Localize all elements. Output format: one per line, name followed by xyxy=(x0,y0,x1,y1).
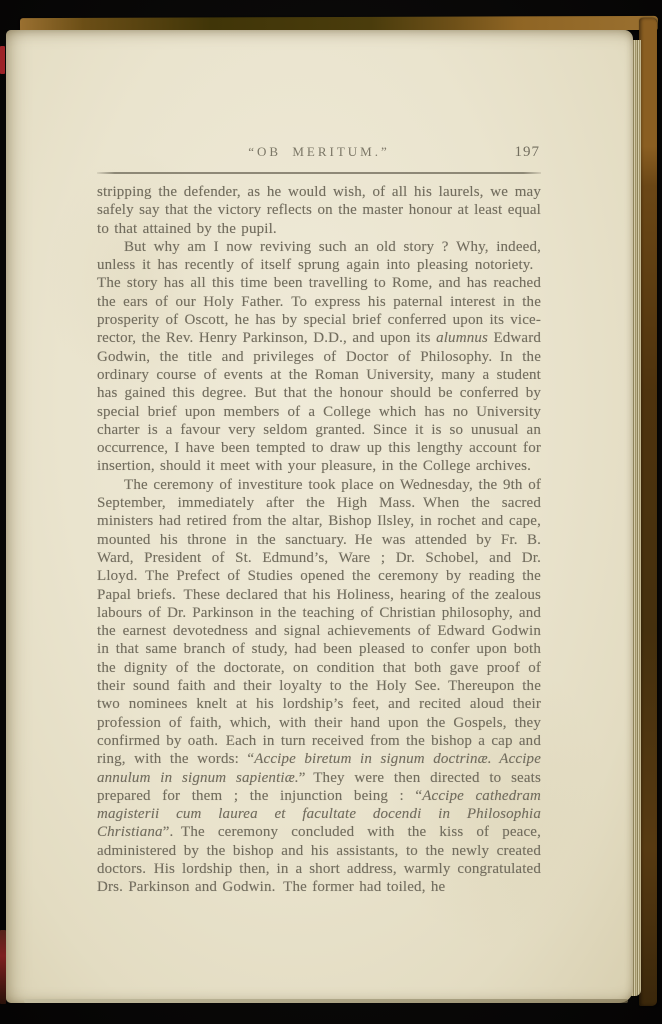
text-segment: The ceremony of investiture took place o… xyxy=(97,477,541,767)
headband-red-accent xyxy=(0,46,5,74)
paragraph: The ceremony of investiture took place o… xyxy=(97,476,541,897)
paragraph: stripping the defender, as he would wish… xyxy=(97,183,541,238)
body-text: stripping the defender, as he would wish… xyxy=(97,183,541,897)
paragraph: But why am I now reviving such an old st… xyxy=(97,238,541,476)
text-segment: ”. The ceremony concluded with the kiss … xyxy=(97,824,541,895)
header-rule xyxy=(97,172,541,174)
book-cover-right-edge xyxy=(639,18,657,1006)
latin-italic-segment: alumnus xyxy=(436,330,488,346)
page-header: “OB MERITUM.” 197 xyxy=(97,144,541,162)
bottom-page-edge-line xyxy=(24,999,628,1003)
text-segment: Edward Godwin, the title and privileges … xyxy=(97,330,541,474)
running-title: “OB MERITUM.” xyxy=(97,144,541,160)
spine-bottom-accent xyxy=(0,930,6,1004)
book-page: “OB MERITUM.” 197 stripping the defender… xyxy=(6,30,633,1003)
page-number: 197 xyxy=(515,144,541,160)
printed-text-block: “OB MERITUM.” 197 stripping the defender… xyxy=(97,144,541,897)
text-segment: stripping the defender, as he would wish… xyxy=(97,184,541,237)
photographed-book-scene: “OB MERITUM.” 197 stripping the defender… xyxy=(0,0,662,1024)
